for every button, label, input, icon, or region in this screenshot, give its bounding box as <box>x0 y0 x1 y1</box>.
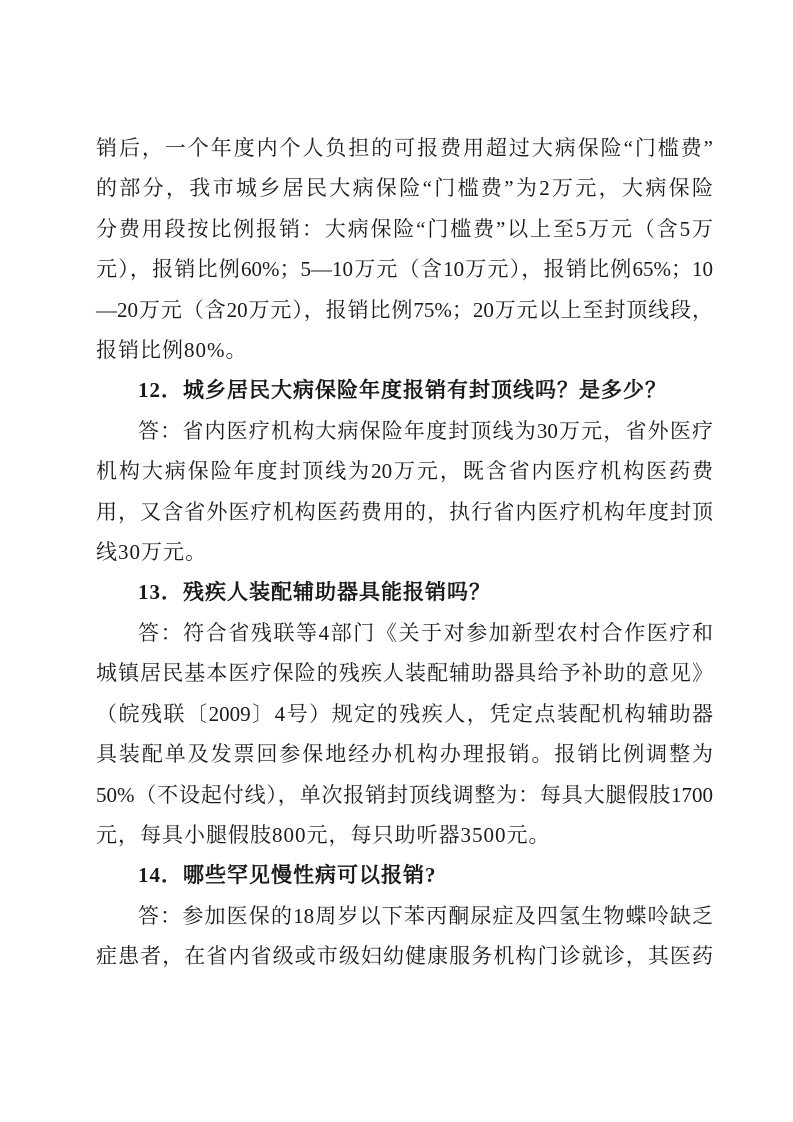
question-heading-14: 14．哪些罕见慢性病可以报销? <box>96 855 713 895</box>
document-text-block: 销后，一个年度内个人负担的可报费用超过大病保险“门槛费” 的部分，我市城乡居民大… <box>96 128 713 977</box>
document-page: 销后，一个年度内个人负担的可报费用超过大病保险“门槛费” 的部分，我市城乡居民大… <box>0 0 793 1122</box>
answer-line: 答：参加医保的18周岁以下苯丙酮尿症及四氢生物蝶呤缺乏 <box>96 896 713 936</box>
answer-line: 50%（不设起付线），单次报销封顶线调整为：每具大腿假肢1700 <box>96 775 713 815</box>
answer-line: 城镇居民基本医疗保险的残疾人装配辅助器具给予补助的意见》 <box>96 653 713 693</box>
paragraph-line: 报销比例80%。 <box>96 330 713 370</box>
answer-line: 答：符合省残联等4部门《关于对参加新型农村合作医疗和 <box>96 613 713 653</box>
answer-line: 元，每具小腿假肢800元，每只助听器3500元。 <box>96 815 713 855</box>
answer-line: 具装配单及发票回参保地经办机构办理报销。报销比例调整为 <box>96 734 713 774</box>
paragraph-line: 的部分，我市城乡居民大病保险“门槛费”为2万元，大病保险 <box>96 168 713 208</box>
answer-line: 线30万元。 <box>96 532 713 572</box>
paragraph-line: 销后，一个年度内个人负担的可报费用超过大病保险“门槛费” <box>96 128 713 168</box>
answer-line: 用，又含省外医疗机构医药费用的，执行省内医疗机构年度封顶 <box>96 492 713 532</box>
paragraph-line: 分费用段按比例报销：大病保险“门槛费”以上至5万元（含5万 <box>96 209 713 249</box>
answer-line: 机构大病保险年度封顶线为20万元，既含省内医疗机构医药费 <box>96 451 713 491</box>
answer-line: （皖残联〔2009〕4号）规定的残疾人，凭定点装配机构辅助器 <box>96 694 713 734</box>
paragraph-line: 元），报销比例60%；5—10万元（含10万元），报销比例65%；10 <box>96 249 713 289</box>
paragraph-line: —20万元（含20万元），报销比例75%；20万元以上至封顶线段， <box>96 290 713 330</box>
question-heading-12: 12．城乡居民大病保险年度报销有封顶线吗？是多少？ <box>96 370 713 410</box>
question-heading-13: 13．残疾人装配辅助器具能报销吗？ <box>96 572 713 612</box>
answer-line: 症患者，在省内省级或市级妇幼健康服务机构门诊就诊，其医药 <box>96 936 713 976</box>
answer-line: 答：省内医疗机构大病保险年度封顶线为30万元，省外医疗 <box>96 411 713 451</box>
